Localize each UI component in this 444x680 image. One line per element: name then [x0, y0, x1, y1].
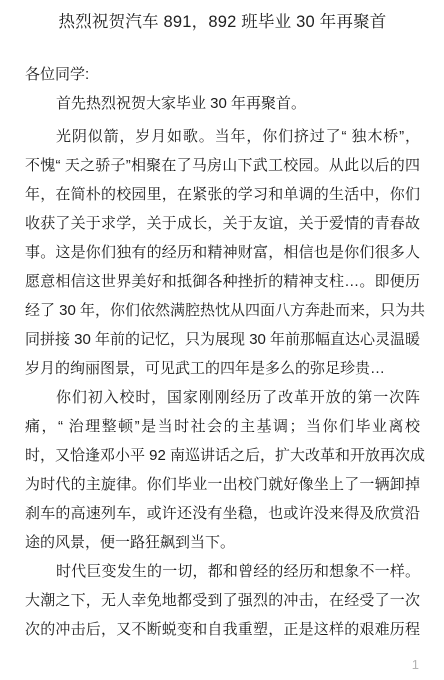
text-line: 刹车的高速列车，或许还没有坐稳，也或许没来得及欣赏沿 — [25, 499, 420, 528]
text-line: 光阴似箭，岁月如歌。当年，你们挤过了“ 独木桥”， — [25, 122, 420, 151]
page-number: 1 — [412, 658, 419, 671]
page-title: 热烈祝贺汽车 891，892 班毕业 30 年再聚首 — [25, 10, 420, 34]
text-line: 你们初入校时，国家刚刚经历了改革开放的第一次阵 — [25, 383, 420, 412]
salutation: 各位同学: — [25, 60, 420, 89]
text-line: 次的冲击后，又不断蜕变和自我重塑，正是这样的艰难历程 — [25, 615, 420, 644]
text-line: 大潮之下，无人幸免地都受到了强烈的冲击，在经受了一次 — [25, 586, 420, 615]
text-line: 收获了关于求学，关于成长，关于友谊，关于爱情的青春故 — [25, 209, 420, 238]
text-line: 经了 30 年，你们依然满腔热忱从四面八方奔赴而来，只为共 — [25, 296, 420, 325]
text-line: 时代巨变发生的一切，都和曾经的经历和想象不一样。 — [25, 557, 420, 586]
text-line: 痛，“ 治理整顿”是当时社会的主基调；当你们毕业离校 — [25, 412, 420, 441]
document-page: 热烈祝贺汽车 891，892 班毕业 30 年再聚首 各位同学: 首先热烈祝贺大… — [0, 0, 444, 680]
document-body: 首先热烈祝贺大家毕业 30 年再聚首。光阴似箭，岁月如歌。当年，你们挤过了“ 独… — [25, 89, 420, 644]
text-line: 为时代的主旋律。你们毕业一出校门就好像坐上了一辆卸掉 — [25, 470, 420, 499]
paragraph: 时代巨变发生的一切，都和曾经的经历和想象不一样。大潮之下，无人幸免地都受到了强烈… — [25, 557, 420, 644]
paragraph: 首先热烈祝贺大家毕业 30 年再聚首。 — [25, 89, 420, 118]
paragraph: 你们初入校时，国家刚刚经历了改革开放的第一次阵痛，“ 治理整顿”是当时社会的主基… — [25, 383, 420, 557]
text-line: 事。这是你们独有的经历和精神财富，相信也是你们很多人 — [25, 238, 420, 267]
text-line: 同拼接 30 年前的记忆，只为展现 30 年前那幅直达心灵温暖 — [25, 325, 420, 354]
paragraph: 光阴似箭，岁月如歌。当年，你们挤过了“ 独木桥”，不愧“ 天之骄子”相聚在了马房… — [25, 122, 420, 383]
text-line: 年，在简朴的校园里，在紧张的学习和单调的生活中，你们 — [25, 180, 420, 209]
text-line: 首先热烈祝贺大家毕业 30 年再聚首。 — [25, 89, 420, 118]
text-line: 岁月的绚丽图景，可见武工的四年是多么的弥足珍贵… — [25, 354, 420, 383]
text-line: 愿意相信这世界美好和抵御各种挫折的精神支柱…。即便历 — [25, 267, 420, 296]
text-line: 时，又恰逢邓小平 92 南巡讲话之后，扩大改革和开放再次成 — [25, 441, 420, 470]
text-line: 途的风景，便一路狂飙到当下。 — [25, 528, 420, 557]
text-line: 不愧“ 天之骄子”相聚在了马房山下武工校园。从此以后的四 — [25, 151, 420, 180]
